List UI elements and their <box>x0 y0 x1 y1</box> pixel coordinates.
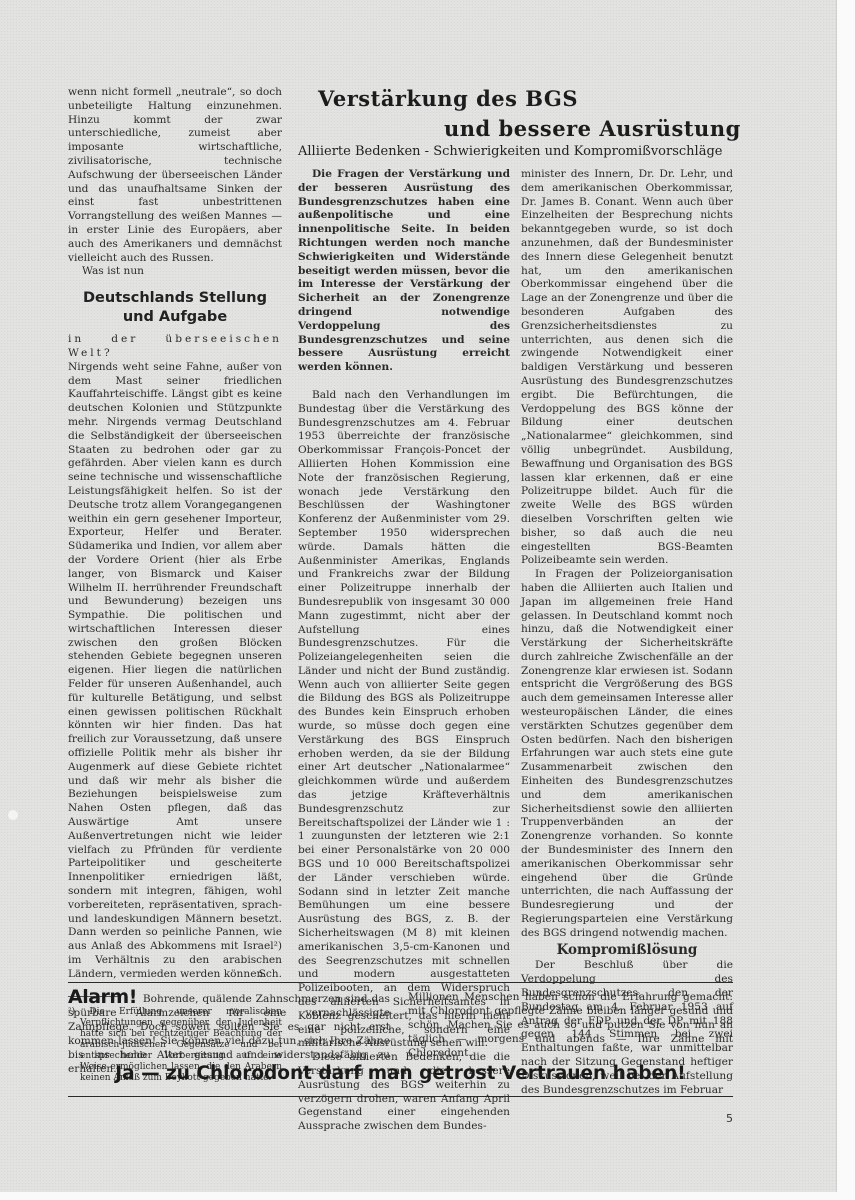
subheading-kompromiss: Kompromißlösung <box>521 944 733 958</box>
ad-right-body: Millionen Menschen haben schon die Erfah… <box>408 991 733 1059</box>
ad-bottom-rule <box>68 1096 733 1097</box>
left-spaced-intro: in der überseeischen Welt? <box>68 333 282 361</box>
left-column: wenn nicht formell „neutrale“, so doch u… <box>68 86 282 1084</box>
right-paragraph-1: minister des Innern, Dr. Dr. Lehr, und d… <box>521 168 733 568</box>
article-subtitle: Alliierte Bedenken - Schwierigkeiten und… <box>298 144 722 159</box>
ad-headline: Alarm! <box>68 986 137 1008</box>
right-column: minister des Innern, Dr. Dr. Lehr, und d… <box>521 168 733 1097</box>
article-title-line-1: Verstärkung des BGS <box>318 86 578 111</box>
left-paragraph-1: wenn nicht formell „neutrale“, so doch u… <box>68 86 282 265</box>
ad-slogan: Ja — zu Chlorodont darf man getrost Vert… <box>68 1063 733 1084</box>
middle-paragraph-1: Bald nach den Verhandlungen im Bundestag… <box>298 389 510 1051</box>
section-heading-line-1: Deutschlands Stellung <box>68 289 282 308</box>
section-heading: Deutschlands Stellung und Aufgabe <box>68 289 282 327</box>
right-paragraph-2: In Fragen der Polizeiorganisation haben … <box>521 568 733 941</box>
section-heading-line-2: und Aufgabe <box>68 308 282 327</box>
ad-top-rule <box>68 982 733 983</box>
left-paragraph-2: Nirgends weht seine Fahne, außer von dem… <box>68 361 282 982</box>
ad-right-text: Millionen Menschen haben schon die Erfah… <box>408 990 733 1060</box>
article-lead: Die Fragen der Verstärkung und der besse… <box>298 168 510 375</box>
punch-hole <box>8 810 18 820</box>
page-number: 5 <box>726 1112 733 1125</box>
left-question: Was ist nun <box>68 265 282 279</box>
article-title-line-2: und bessere Ausrüstung <box>444 116 741 141</box>
